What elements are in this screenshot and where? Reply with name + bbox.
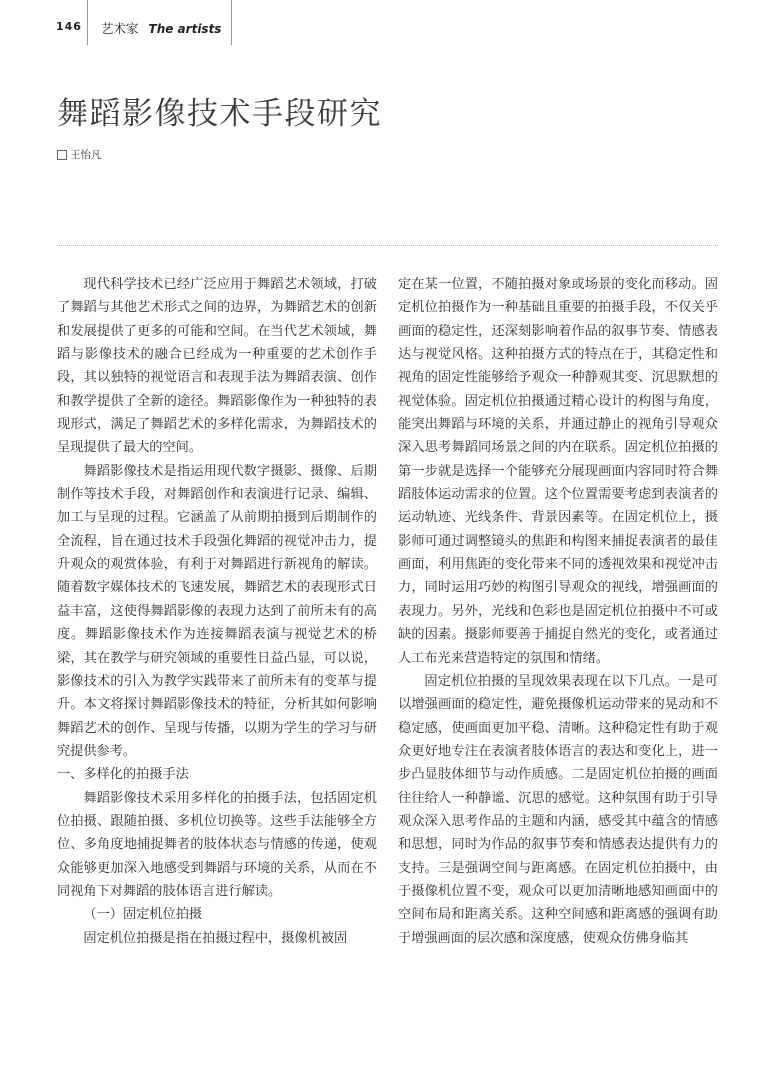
page-number: 146 [56, 20, 82, 33]
journal-name-cn: 艺术家 [101, 21, 139, 36]
paragraph: 固定机位拍摄是指在拍摄过程中，摄像机被固 [57, 927, 377, 950]
subsection-heading: （一）固定机位拍摄 [57, 903, 377, 926]
left-column: 现代科学技术已经广泛应用于舞蹈艺术领域，打破了舞蹈与其他艺术形式之间的边界，为舞… [57, 273, 377, 950]
paragraph: 舞蹈影像技术是指运用现代数字摄影、摄像、后期制作等技术手段，对舞蹈创作和表演进行… [57, 460, 377, 763]
paragraph: 定在某一位置，不随拍摄对象或场景的变化而移动。固定机位拍摄作为一种基础且重要的拍… [398, 273, 718, 670]
section-heading: 一、多样化的拍摄手法 [57, 763, 377, 786]
author-box-icon [57, 150, 67, 160]
header-divider [231, 0, 232, 45]
header-divider [87, 0, 88, 45]
journal-name-en: The artists [149, 22, 222, 36]
journal-name: 艺术家The artists [101, 19, 221, 37]
author-name: 王怡凡 [70, 147, 102, 162]
paragraph: 固定机位拍摄的呈现效果表现在以下几点。一是可以增强画面的稳定性，避免摄像机运动带… [398, 670, 718, 950]
paragraph: 现代科学技术已经广泛应用于舞蹈艺术领域，打破了舞蹈与其他艺术形式之间的边界，为舞… [57, 273, 377, 460]
article-title: 舞蹈影像技术手段研究 [57, 88, 382, 133]
paragraph: 舞蹈影像技术采用多样化的拍摄手法，包括固定机位拍摄、跟随拍摄、多机位切换等。这些… [57, 787, 377, 904]
running-header: 146 艺术家The artists [0, 0, 771, 46]
right-column: 定在某一位置，不随拍摄对象或场景的变化而移动。固定机位拍摄作为一种基础且重要的拍… [398, 273, 718, 950]
author-line: 王怡凡 [57, 147, 102, 162]
section-separator [57, 245, 718, 246]
